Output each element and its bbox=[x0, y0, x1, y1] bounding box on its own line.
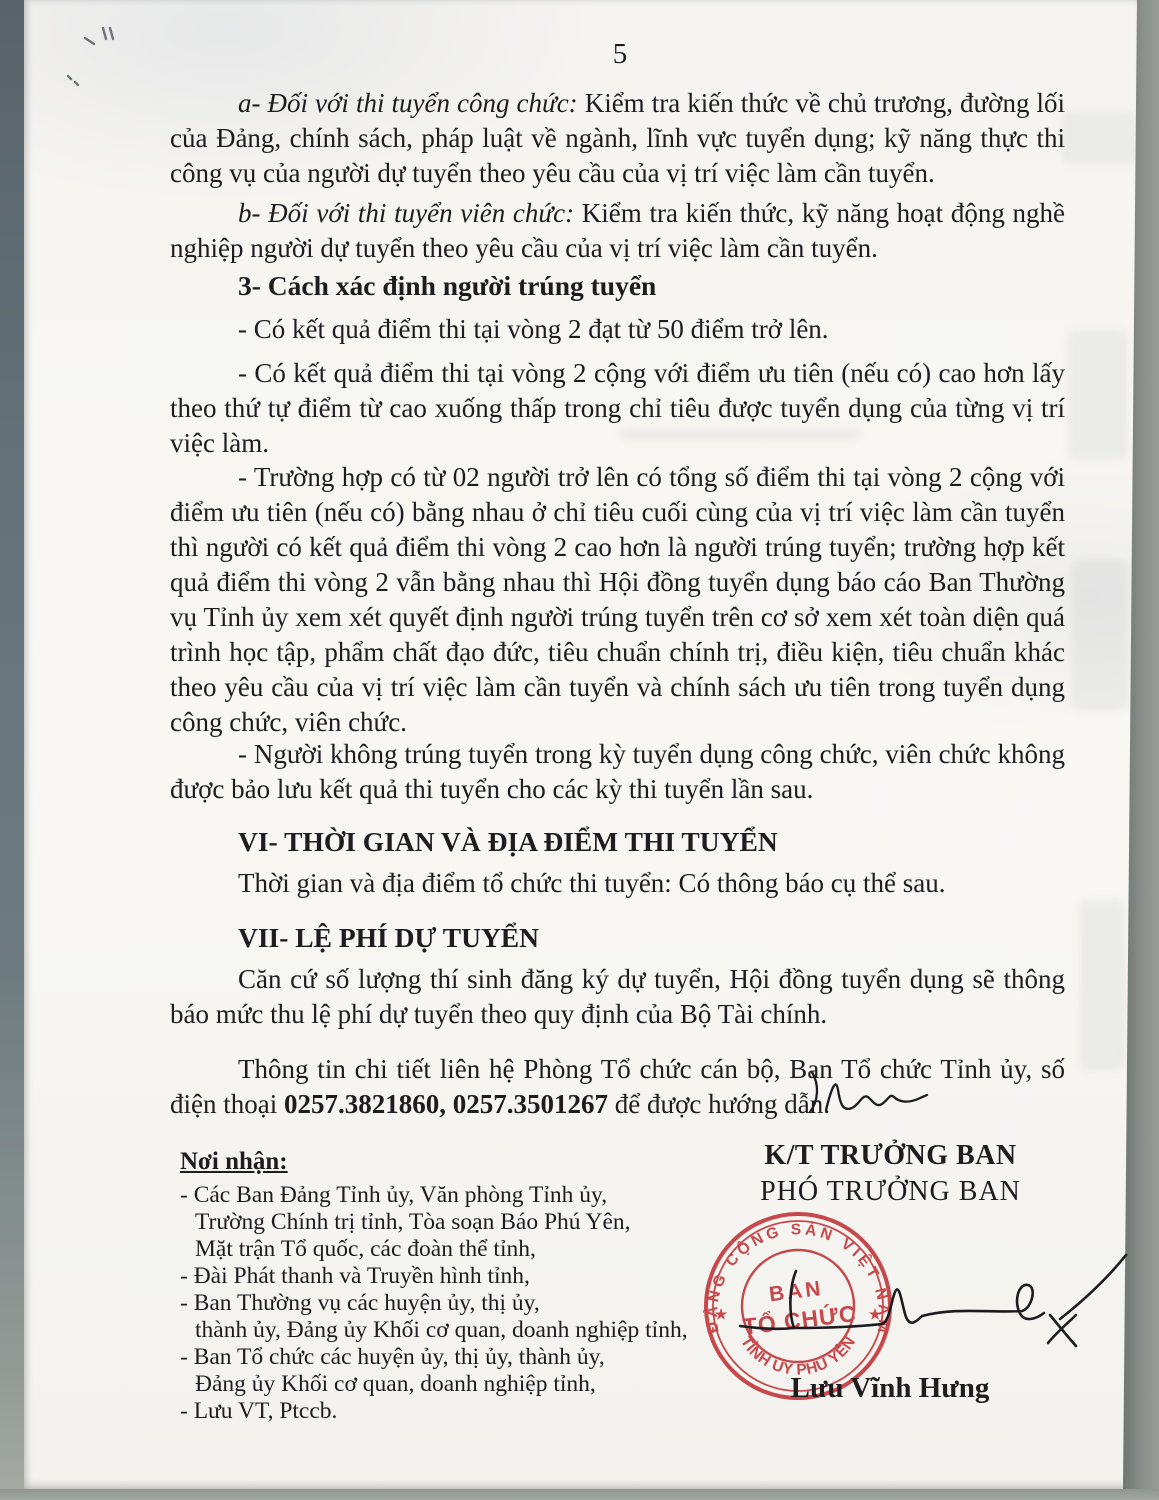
recipient-line: Mặt trận Tổ quốc, các đoàn thể tỉnh, bbox=[180, 1236, 688, 1263]
bullet-score-threshold: - Có kết quả điểm thi tại vòng 2 đạt từ … bbox=[238, 312, 829, 347]
bullet-priority-ranking: - Có kết quả điểm thi tại vòng 2 cộng vớ… bbox=[170, 356, 1065, 461]
scan-smudge bbox=[1072, 560, 1128, 710]
paragraph-fee: Căn cứ số lượng thí sinh đăng ký dự tuyể… bbox=[170, 962, 1065, 1032]
scan-smudge bbox=[1080, 900, 1126, 1070]
signature-title-line1: K/T TRƯỞNG BAN bbox=[718, 1140, 1063, 1172]
scanned-document: 5 a- Đối với thi tuyển công chức: Kiểm t… bbox=[0, 0, 1159, 1500]
heading-3: 3- Cách xác định người trúng tuyển bbox=[238, 268, 656, 303]
recipient-line: - Lưu VT, Ptccb. bbox=[180, 1398, 688, 1425]
recipient-line: - Đài Phát thanh và Truyền hình tỉnh, bbox=[180, 1263, 688, 1290]
contact-text-end: để được hướng dẫn. bbox=[608, 1089, 830, 1119]
paragraph-time-place: Thời gian và địa điểm tổ chức thi tuyển:… bbox=[238, 866, 946, 901]
phone-numbers: 0257.3821860, 0257.3501267 bbox=[284, 1089, 608, 1119]
heading-vii: VII- LỆ PHÍ DỰ TUYỂN bbox=[238, 920, 539, 955]
recipient-line: thành ủy, Đảng ủy Khối cơ quan, doanh ng… bbox=[180, 1317, 688, 1344]
paragraph-a: a- Đối với thi tuyển công chức: Kiểm tra… bbox=[170, 86, 1065, 191]
stamp-star-left-icon: ★ bbox=[715, 1306, 728, 1322]
scan-left-edge bbox=[0, 0, 24, 1500]
recipient-line: Trường Chính trị tỉnh, Tòa soạn Báo Phú … bbox=[180, 1209, 688, 1236]
bullet-no-reserve: - Người không trúng tuyển trong kỳ tuyển… bbox=[170, 737, 1065, 807]
signature-title-line2: PHÓ TRƯỞNG BAN bbox=[718, 1176, 1063, 1208]
paragraph-b-lead: b- Đối với thi tuyển viên chức: bbox=[238, 198, 574, 228]
pencil-marks bbox=[55, 20, 145, 100]
signer-name: Lưu Vĩnh Hưng bbox=[735, 1372, 1045, 1405]
paragraph-contact: Thông tin chi tiết liên hệ Phòng Tổ chức… bbox=[170, 1052, 1065, 1122]
recipient-line: - Ban Thường vụ các huyện ủy, thị ủy, bbox=[180, 1290, 688, 1317]
recipients-label: Nơi nhận: bbox=[180, 1148, 288, 1176]
recipient-line: Đảng ủy Khối cơ quan, doanh nghiệp tỉnh, bbox=[180, 1371, 688, 1398]
paragraph-b: b- Đối với thi tuyển viên chức: Kiểm tra… bbox=[170, 196, 1065, 266]
signature-ink bbox=[730, 1245, 1140, 1355]
page-number: 5 bbox=[560, 38, 680, 71]
heading-vi: VI- THỜI GIAN VÀ ĐỊA ĐIỂM THI TUYỂN bbox=[238, 824, 778, 859]
scan-smudge bbox=[1062, 112, 1136, 164]
recipient-line: - Ban Tổ chức các huyện ủy, thị ủy, thàn… bbox=[180, 1344, 688, 1371]
recipients-list: - Các Ban Đảng Tỉnh ủy, Văn phòng Tỉnh ủ… bbox=[180, 1182, 688, 1425]
scan-smudge bbox=[1068, 330, 1128, 460]
handwritten-paraph bbox=[800, 1062, 930, 1124]
scan-bottom-edge bbox=[0, 1489, 1159, 1500]
bullet-tie-break: - Trường hợp có từ 02 người trở lên có t… bbox=[170, 460, 1065, 740]
recipient-line: - Các Ban Đảng Tỉnh ủy, Văn phòng Tỉnh ủ… bbox=[180, 1182, 688, 1209]
paragraph-a-lead: a- Đối với thi tuyển công chức: bbox=[238, 88, 578, 118]
